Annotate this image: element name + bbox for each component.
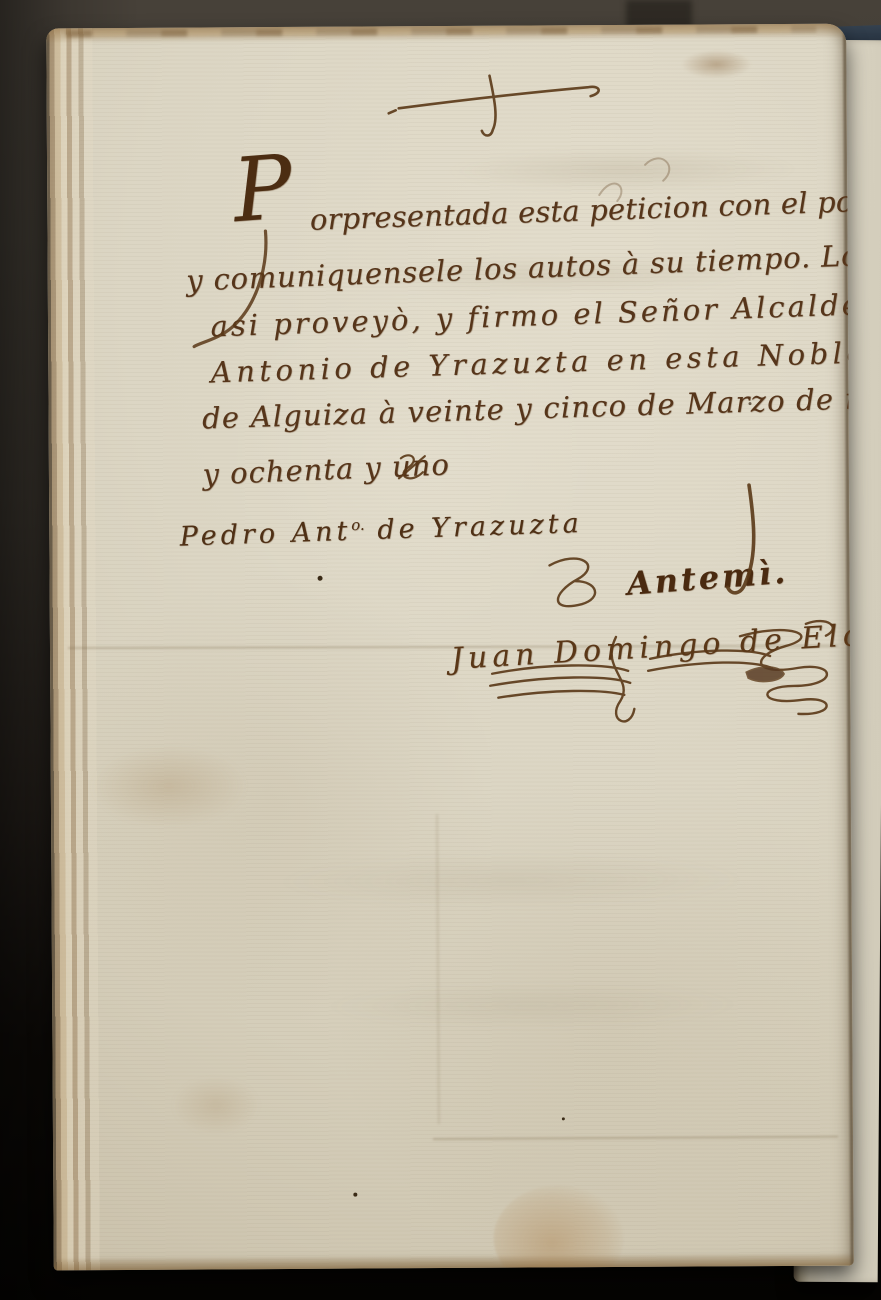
signature-escribano: Juan Domingo de Elola [450, 616, 854, 677]
decree-initial-letter: P [230, 143, 296, 235]
alcalde-rubric-icon [549, 558, 595, 606]
ink-speck [562, 1117, 565, 1120]
frayed-left-edge [46, 28, 110, 1270]
manuscript-page: P orpresentada esta peticion con el pode… [46, 24, 854, 1271]
ink-speck [318, 576, 323, 581]
attestation-ante-mi: Antemì. [626, 553, 790, 603]
decree-line-4: Antonio de Yrazuzta en esta Noble Villa [210, 332, 854, 389]
stain-top-edge [681, 50, 751, 78]
ink-bleedthrough [302, 974, 762, 1037]
horizontal-crease [433, 1136, 838, 1140]
ink-speck [353, 1193, 357, 1197]
signature-alcalde: Pedro Anto. de Yrazuzta [179, 508, 583, 553]
photo-frame: P orpresentada esta peticion con el pode… [0, 0, 881, 1300]
signature-alcalde-name: Pedro Ant [179, 516, 352, 553]
decree-line-6: y ochenta y uno [202, 447, 451, 491]
ink-bleedthrough [251, 844, 771, 917]
signature-alcalde-superscript: o. [351, 516, 365, 534]
top-cross-rubric-icon [389, 75, 599, 136]
decree-line-1: orpresentada esta peticion con el poder … [309, 177, 854, 237]
vertical-crease [436, 814, 440, 1124]
stain-left [89, 743, 250, 829]
stain-lower-left [171, 1075, 261, 1136]
signature-alcalde-surname: de Yrazuzta [364, 508, 583, 546]
decree-line-2: y comuniquensele los autos à su tiempo. … [186, 234, 854, 297]
